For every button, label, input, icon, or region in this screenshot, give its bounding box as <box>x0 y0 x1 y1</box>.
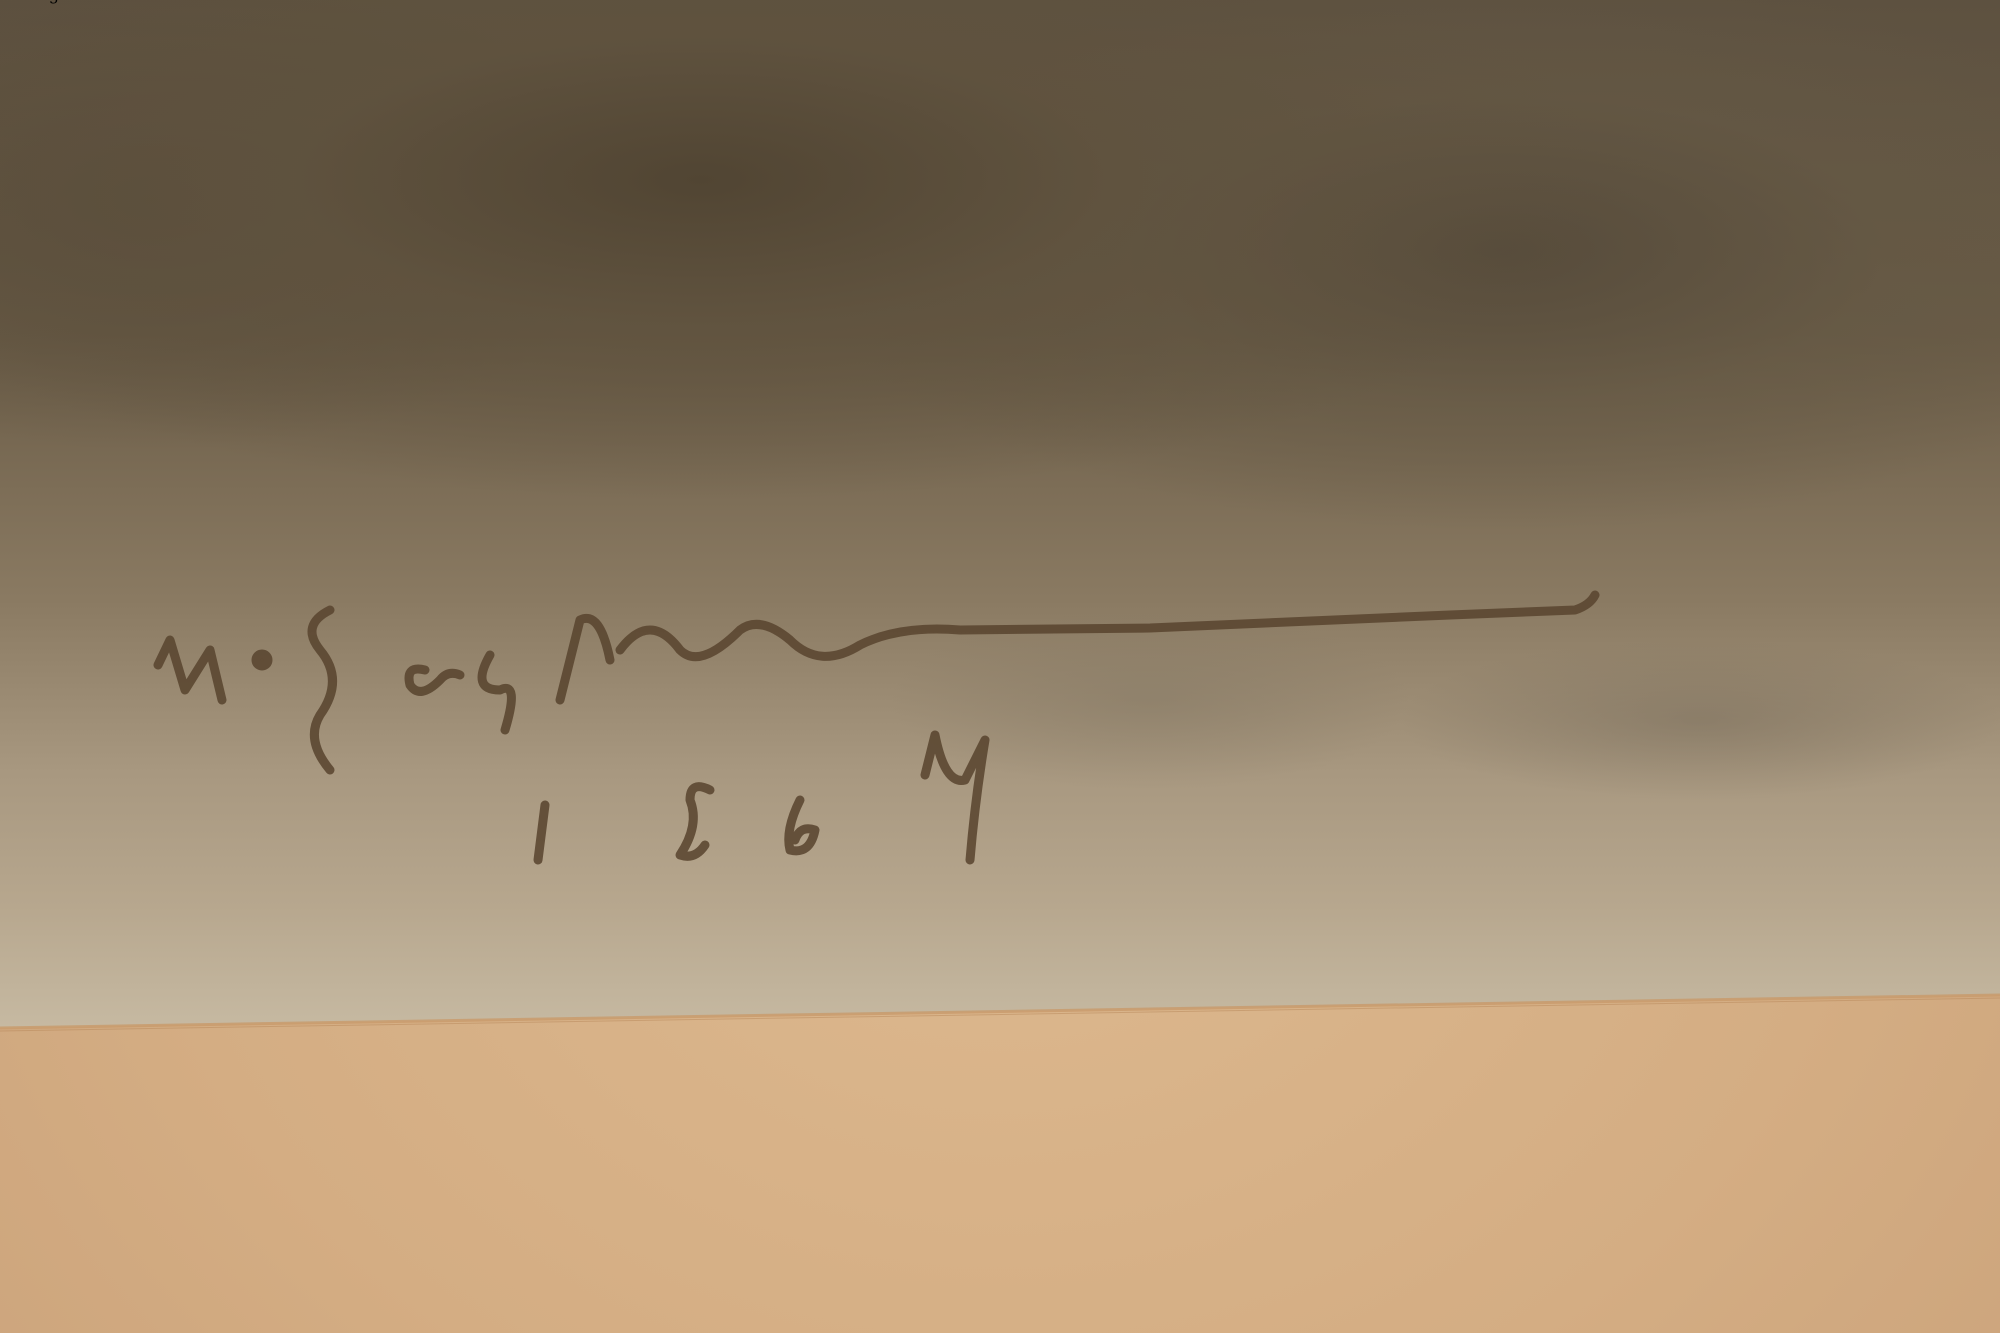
signature-date: 1964 <box>0 0 41 4</box>
photo-stage: M. Gagnon 1964 <box>0 0 2000 1333</box>
artist-signature: M. Gagnon 1964 <box>0 0 2000 1333</box>
